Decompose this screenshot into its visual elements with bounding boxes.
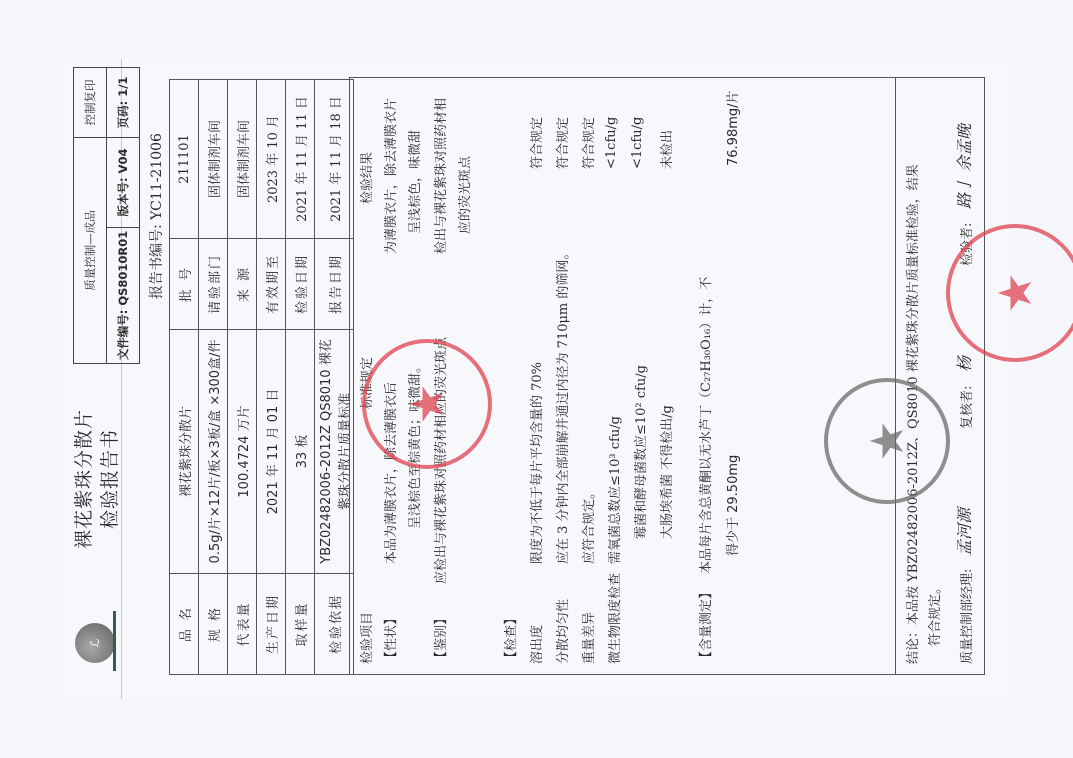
manager-signature: 孟河源 <box>952 508 975 556</box>
reviewer-signature: 杨 <box>952 356 975 372</box>
test-standard: 需氧菌总数应≤10³ cfu/g <box>604 416 623 564</box>
control-copy-label: 控制复印 <box>74 68 106 137</box>
info-label2-cell: 请验部门 <box>199 239 228 330</box>
star-icon: ★ <box>404 383 450 424</box>
conclusion-section: 结论：本品按 YBZ02482006-2012Z、QS8010 裸花紫珠分散片质… <box>894 77 985 675</box>
info-value-cell: 0.5g/片×12片/板×3板/盒 ×300盒/件 <box>199 330 228 574</box>
star-icon: ★ <box>992 272 1038 313</box>
info-label2-cell: 检验日期 <box>286 239 315 330</box>
test-result: 符合规定 <box>578 117 597 169</box>
info-label2-cell: 批 号 <box>170 239 199 330</box>
info-row: 品 名裸花紫珠分散片批 号211101 <box>170 80 199 675</box>
info-label-cell: 生产日期 <box>257 574 286 675</box>
info-value-cell: 100.4724 万片 <box>228 330 257 574</box>
red-stamp-standard: ★ <box>362 339 492 469</box>
assay-standard-1: 本品每片含总黄酮以无水芦丁（C₂₇H₃₀O₁₆）计，不 <box>695 277 714 574</box>
info-row: 规 格0.5g/片×12片/板×3板/盒 ×300盒/件请验部门固体制剂车间 <box>199 80 228 675</box>
report-number: 报告书编号: YC11-21006 <box>146 133 166 299</box>
tests-heading: 【检查】 <box>500 612 519 664</box>
test-standard: 应符合规定。 <box>578 486 597 564</box>
col-item-header: 检验项目 <box>356 612 375 664</box>
manager-label: 质量控制部经理: <box>956 569 975 664</box>
document-control-box: 质量控制—成品 控制复印 文件编号: QS8010R01 版本号: V04 页码… <box>73 67 140 364</box>
info-label-cell: 规 格 <box>199 574 228 675</box>
info-row: 检验依据YBZ02482006-2012Z QS8010 裸花紫珠分散片质量标准… <box>315 80 354 675</box>
test-result: 未检出 <box>656 130 675 169</box>
report-title: 裸花紫珠分散片 检验报告书 <box>71 409 123 549</box>
info-value2-cell: 固体制剂车间 <box>199 80 228 239</box>
product-info-table: 品 名裸花紫珠分散片批 号211101规 格0.5g/片×12片/板×3板/盒 … <box>169 79 354 675</box>
info-value2-cell: 2021 年 11 月 11 日 <box>286 80 315 239</box>
test-standard: 大肠埃希菌 不得检出/g <box>656 405 675 539</box>
info-row: 代表量100.4724 万片来 源固体制剂车间 <box>228 80 257 675</box>
reviewer-label: 复核者: <box>956 386 975 429</box>
info-value-cell: 裸花紫珠分散片 <box>170 330 199 574</box>
appearance-heading: 【性状】 <box>380 612 399 664</box>
gray-company-stamp: ★ <box>824 378 950 504</box>
inspection-report-page: ℒ 裸花紫珠分散片 检验报告书 质量控制—成品 控制复印 文件编号: QS801… <box>61 59 1011 699</box>
info-row: 取样量33 板检验日期2021 年 11 月 11 日 <box>286 80 315 675</box>
info-value-cell: YBZ02482006-2012Z QS8010 裸花紫珠分散片质量标准 <box>315 330 354 574</box>
test-result: 符合规定 <box>552 117 571 169</box>
info-value2-cell: 211101 <box>170 80 199 239</box>
appearance-result-1: 为薄膜衣片，除去薄膜衣片 <box>380 98 399 254</box>
title-product: 裸花紫珠分散片 <box>71 409 97 549</box>
star-icon: ★ <box>864 420 910 461</box>
results-section: 检验项目 标准规定 检验结果 【性状】 本品为薄膜衣片，除去薄膜衣后 呈浅棕色至… <box>349 77 896 675</box>
company-logo-icon: ℒ <box>75 623 115 663</box>
info-value2-cell: 2023 年 10 月 <box>257 80 286 239</box>
inspector-signature: 路亅 余孟晚 <box>952 124 975 209</box>
red-stamp-inspection: ★ <box>946 224 1073 362</box>
test-result: <1cfu/g <box>604 117 619 169</box>
test-name: 重量差异 <box>578 612 597 664</box>
title-doc: 检验报告书 <box>97 409 123 549</box>
assay-standard-2: 得少于 29.50mg <box>722 455 741 556</box>
assay-result: 76.98mg/片 <box>722 90 741 166</box>
test-standard: 应在 3 分钟内全部崩解并通过内径为 710μm 的筛网。 <box>552 247 571 564</box>
logo-underline <box>113 611 116 671</box>
info-value-cell: 33 板 <box>286 330 315 574</box>
info-label-cell: 取样量 <box>286 574 315 675</box>
info-label-cell: 品 名 <box>170 574 199 675</box>
assay-heading: 【含量测定】 <box>695 586 714 664</box>
identification-heading: 【鉴别】 <box>430 612 449 664</box>
info-row: 生产日期2021 年 11 月 01 日有效期至2023 年 10 月 <box>257 80 286 675</box>
identification-result-1: 检出与裸花紫珠对照药材相 <box>430 98 449 254</box>
info-label2-cell: 报告日期 <box>315 239 354 330</box>
conclusion-line-2: 符合规定。 <box>924 581 943 646</box>
page-number: 页码: 1/1 <box>107 68 139 137</box>
appearance-result-2: 呈浅棕色，味微甜 <box>404 130 423 234</box>
test-standard: 霉菌和酵母菌数应≤10² cfu/g <box>630 365 649 539</box>
test-name: 微生物限度检查 <box>604 573 623 664</box>
test-name: 溶出度 <box>526 625 545 664</box>
info-value-cell: 2021 年 11 月 01 日 <box>257 330 286 574</box>
info-label-cell: 代表量 <box>228 574 257 675</box>
info-value2-cell: 固体制剂车间 <box>228 80 257 239</box>
test-result: 符合规定 <box>526 117 545 169</box>
identification-result-2: 应的荧光斑点 <box>454 156 473 234</box>
info-label2-cell: 有效期至 <box>257 239 286 330</box>
info-label2-cell: 来 源 <box>228 239 257 330</box>
info-label-cell: 检验依据 <box>315 574 354 675</box>
col-result-header: 检验结果 <box>356 152 375 204</box>
info-value2-cell: 2021 年 11 月 18 日 <box>315 80 354 239</box>
test-name: 分散均匀性 <box>552 599 571 664</box>
doc-number: 文件编号: QS8010R01 <box>107 228 139 363</box>
control-category: 质量控制—成品 <box>74 138 106 363</box>
test-standard: 限度为不低于每片平均含量的 70% <box>526 362 545 564</box>
version-number: 版本号: V04 <box>107 138 139 227</box>
test-result: <1cfu/g <box>630 117 645 169</box>
